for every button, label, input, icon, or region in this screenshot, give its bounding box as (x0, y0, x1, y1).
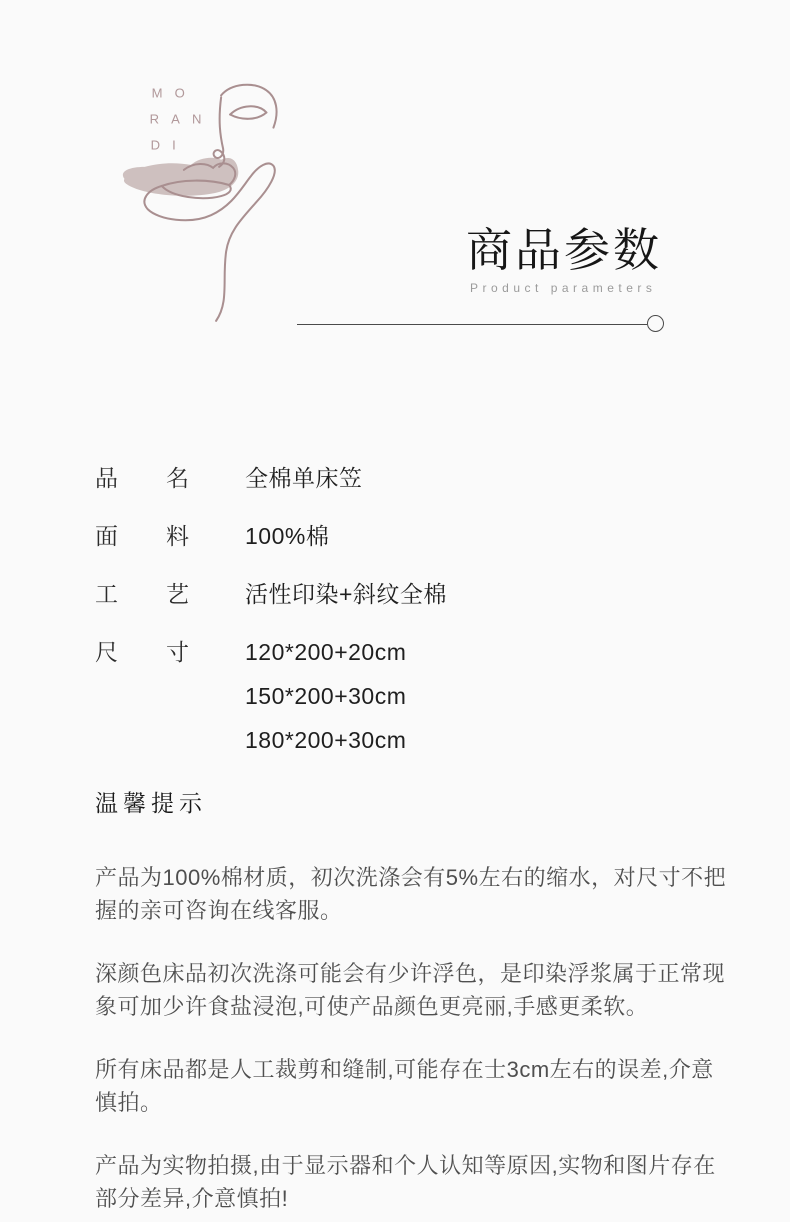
spec-label-char: 面 (95, 524, 118, 548)
spec-value-text: 活性印染+斜纹全棉 (245, 582, 447, 606)
spec-value-text: 全棉单床笠 (245, 466, 363, 490)
tip-line: 深颜色床品初次洗涤可能会有少许浮色，是印染浮浆属于正常现 (95, 961, 725, 986)
spec-label-char: 品 (95, 466, 118, 490)
spec-label-char: 工 (95, 582, 118, 606)
tips-paragraphs: 产品为100%棉材质，初次洗涤会有5%左右的缩水，对尺寸不把 握的亲可咨询在线客… (95, 861, 740, 1215)
spec-value-text: 100%棉 (245, 524, 329, 548)
logo-wordmark-line: DI (151, 138, 188, 153)
tip-line: 所有床品都是人工裁剪和缝制,可能存在士3cm左右的误差,介意 (95, 1057, 714, 1082)
spec-value: 活性印染+斜纹全棉 (245, 582, 447, 606)
spec-row-size: 尺 寸 120*200+20cm 150*200+30cm 180*200+30… (95, 640, 447, 752)
spec-label: 尺 寸 (95, 640, 189, 664)
spec-label: 品 名 (95, 466, 189, 490)
tip-paragraph: 所有床品都是人工裁剪和缝制,可能存在士3cm左右的误差,介意 慎拍。 (95, 1053, 740, 1119)
tip-line: 慎拍。 (95, 1090, 163, 1115)
tips-heading: 温馨提示 (95, 791, 207, 815)
spec-label-char: 寸 (166, 640, 189, 664)
product-spec-list: 品 名 全棉单床笠 面 料 100%棉 工 艺 活性印染+斜纹全棉 (95, 466, 447, 786)
brand-logo: MO RAN DI (78, 38, 330, 340)
spec-label-char: 名 (166, 466, 189, 490)
spec-label: 面 料 (95, 524, 189, 548)
tip-line: 产品为100%棉材质，初次洗涤会有5%左右的缩水，对尺寸不把 (95, 865, 726, 890)
logo-wordmark-line: RAN (150, 112, 214, 127)
logo-wordmark-line: MO (152, 85, 197, 100)
spec-value: 120*200+20cm 150*200+30cm 180*200+30cm (245, 640, 406, 752)
tip-line: 握的亲可咨询在线客服。 (95, 898, 343, 923)
spec-row-product-name: 品 名 全棉单床笠 (95, 466, 447, 490)
tip-paragraph: 产品为实物拍摄,由于显示器和个人认知等原因,实物和图片存在 部分差异,介意慎拍! (95, 1149, 740, 1215)
spec-label-char: 料 (166, 524, 189, 548)
spec-label-char: 艺 (166, 582, 189, 606)
section-title: 商品参数 (466, 222, 662, 278)
tip-line: 部分差异,介意慎拍! (95, 1186, 288, 1211)
spec-row-craft: 工 艺 活性印染+斜纹全棉 (95, 582, 447, 606)
tip-paragraph: 产品为100%棉材质，初次洗涤会有5%左右的缩水，对尺寸不把 握的亲可咨询在线客… (95, 861, 740, 927)
logo-wordmark: MO RAN DI (150, 85, 214, 152)
section-subtitle: Product parameters (470, 281, 656, 295)
size-option: 180*200+30cm (245, 728, 406, 752)
size-option: 120*200+20cm (245, 640, 406, 664)
divider-line (297, 324, 647, 325)
spec-value: 全棉单床笠 (245, 466, 363, 490)
tip-paragraph: 深颜色床品初次洗涤可能会有少许浮色，是印染浮浆属于正常现 象可加少许食盐浸泡,可… (95, 957, 740, 1023)
divider-circle-icon (647, 315, 664, 332)
tip-line: 象可加少许食盐浸泡,可使产品颜色更亮丽,手感更柔软。 (95, 994, 648, 1019)
size-option: 150*200+30cm (245, 684, 406, 708)
product-parameters-page: MO RAN DI 商品参数 Product parameters 品 名 全棉… (0, 0, 790, 1222)
spec-row-fabric: 面 料 100%棉 (95, 524, 447, 548)
tip-line: 产品为实物拍摄,由于显示器和个人认知等原因,实物和图片存在 (95, 1153, 716, 1178)
spec-label: 工 艺 (95, 582, 189, 606)
spec-label-char: 尺 (95, 640, 118, 664)
spec-value: 100%棉 (245, 524, 329, 548)
